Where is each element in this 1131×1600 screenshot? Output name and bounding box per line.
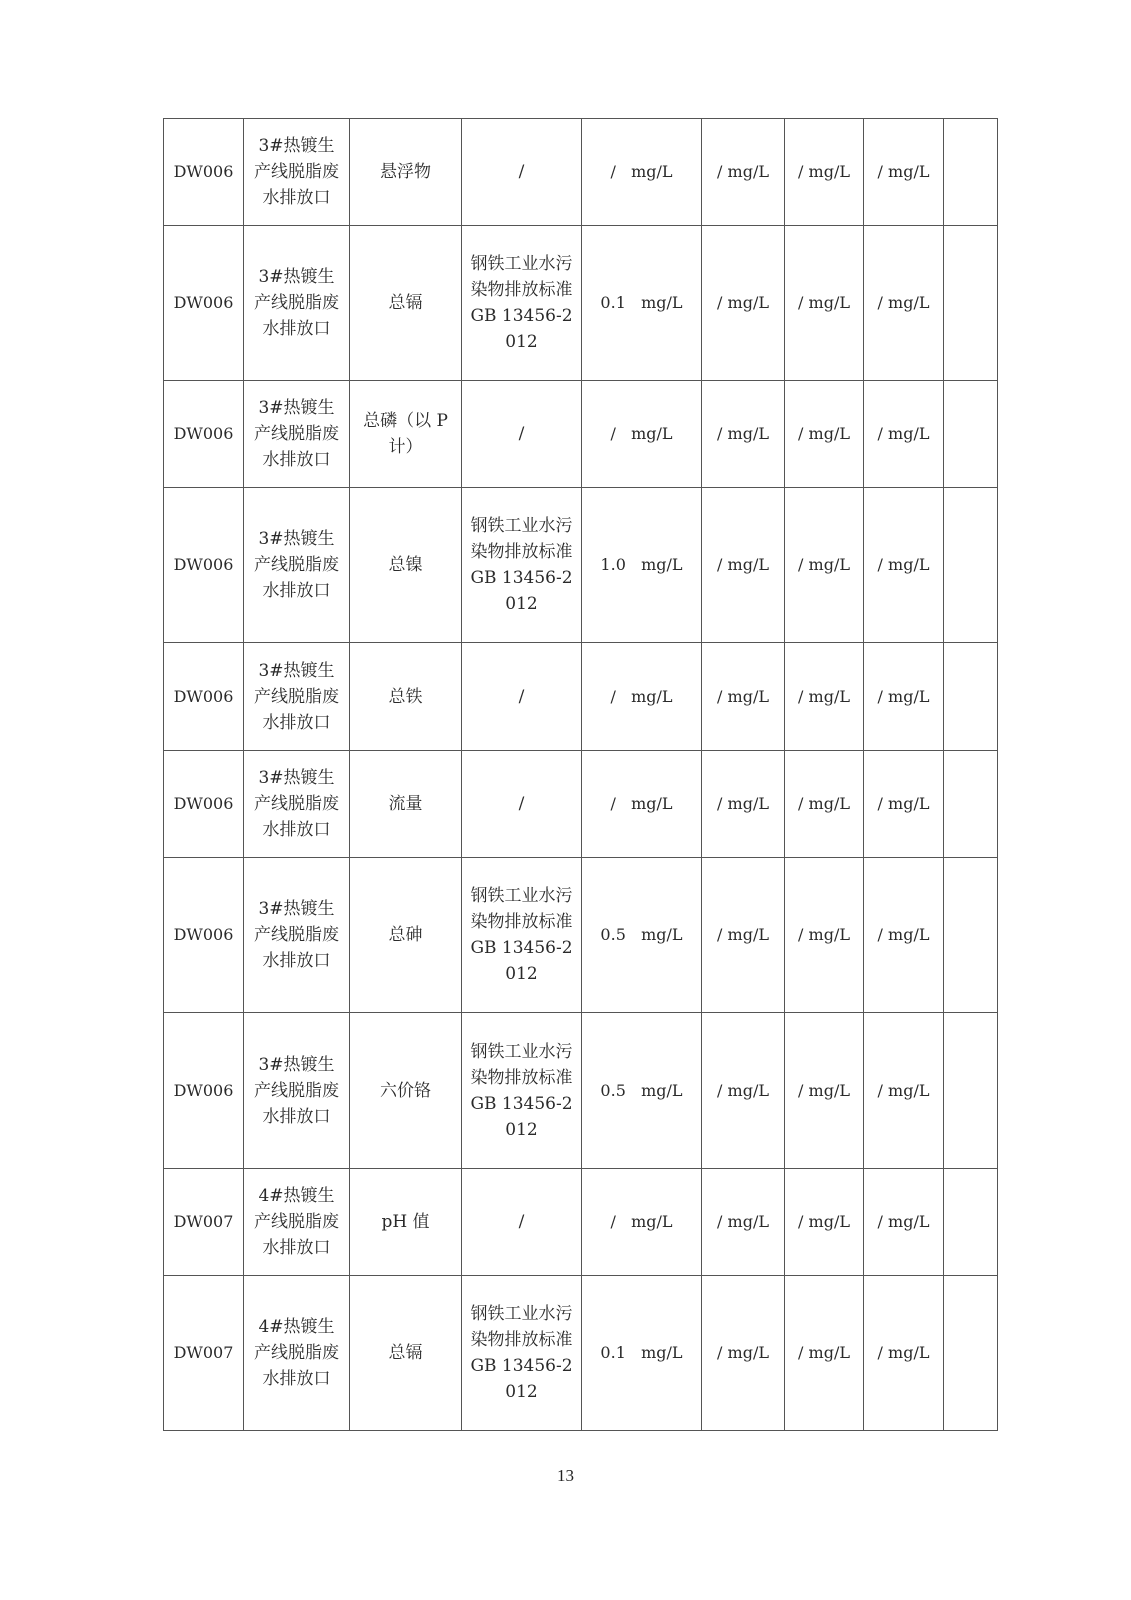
value-cell: / mg/L <box>785 858 864 1013</box>
value-cell: / mg/L <box>864 119 944 226</box>
table-row: DW006 3#热镀生产线脱脂废水排放口 总镉 钢铁工业水污染物排放标准 GB … <box>164 226 998 381</box>
outlet-code-cell: DW006 <box>164 858 244 1013</box>
standard-cell: 钢铁工业水污染物排放标准 GB 13456-2012 <box>462 1013 582 1169</box>
table-row: DW006 3#热镀生产线脱脂废水排放口 六价铬 钢铁工业水污染物排放标准 GB… <box>164 1013 998 1169</box>
pollutant-cell: 六价铬 <box>350 1013 462 1169</box>
remark-cell <box>944 751 998 858</box>
limit-cell: 0.1 mg/L <box>582 1276 702 1431</box>
standard-cell: 钢铁工业水污染物排放标准 GB 13456-2012 <box>462 226 582 381</box>
standard-cell: / <box>462 1169 582 1276</box>
table-row: DW006 3#热镀生产线脱脂废水排放口 总镍 钢铁工业水污染物排放标准 GB … <box>164 488 998 643</box>
value-cell: / mg/L <box>864 1276 944 1431</box>
table-row: DW006 3#热镀生产线脱脂废水排放口 悬浮物 / / mg/L / mg/L… <box>164 119 998 226</box>
outlet-code-cell: DW006 <box>164 226 244 381</box>
standard-cell: / <box>462 381 582 488</box>
limit-cell: / mg/L <box>582 751 702 858</box>
table-row: DW006 3#热镀生产线脱脂废水排放口 流量 / / mg/L / mg/L … <box>164 751 998 858</box>
limit-cell: 1.0 mg/L <box>582 488 702 643</box>
value-cell: / mg/L <box>702 226 785 381</box>
value-cell: / mg/L <box>702 643 785 751</box>
value-cell: / mg/L <box>864 1169 944 1276</box>
pollutant-cell: 总镉 <box>350 226 462 381</box>
outlet-name-cell: 4#热镀生产线脱脂废水排放口 <box>244 1169 350 1276</box>
value-cell: / mg/L <box>864 751 944 858</box>
outlet-code-cell: DW006 <box>164 751 244 858</box>
value-cell: / mg/L <box>702 1276 785 1431</box>
outlet-code-cell: DW006 <box>164 119 244 226</box>
value-cell: / mg/L <box>785 1013 864 1169</box>
table-row: DW007 4#热镀生产线脱脂废水排放口 总镉 钢铁工业水污染物排放标准 GB … <box>164 1276 998 1431</box>
pollutant-cell: 总镍 <box>350 488 462 643</box>
outlet-code-cell: DW007 <box>164 1276 244 1431</box>
standard-cell: 钢铁工业水污染物排放标准 GB 13456-2012 <box>462 488 582 643</box>
limit-cell: / mg/L <box>582 643 702 751</box>
value-cell: / mg/L <box>864 488 944 643</box>
limit-cell: 0.5 mg/L <box>582 858 702 1013</box>
outlet-name-cell: 3#热镀生产线脱脂废水排放口 <box>244 858 350 1013</box>
value-cell: / mg/L <box>702 858 785 1013</box>
standard-cell: / <box>462 643 582 751</box>
value-cell: / mg/L <box>785 488 864 643</box>
standard-cell: 钢铁工业水污染物排放标准 GB 13456-2012 <box>462 858 582 1013</box>
pollutant-cell: pH 值 <box>350 1169 462 1276</box>
value-cell: / mg/L <box>702 488 785 643</box>
standard-cell: / <box>462 751 582 858</box>
outlet-name-cell: 3#热镀生产线脱脂废水排放口 <box>244 643 350 751</box>
value-cell: / mg/L <box>785 1276 864 1431</box>
outlet-name-cell: 3#热镀生产线脱脂废水排放口 <box>244 226 350 381</box>
pollutant-cell: 总磷（以 P 计） <box>350 381 462 488</box>
pollutant-cell: 悬浮物 <box>350 119 462 226</box>
value-cell: / mg/L <box>702 1169 785 1276</box>
value-cell: / mg/L <box>864 226 944 381</box>
remark-cell <box>944 119 998 226</box>
page-number: 13 <box>0 1466 1131 1486</box>
value-cell: / mg/L <box>702 119 785 226</box>
outlet-code-cell: DW006 <box>164 488 244 643</box>
pollutant-cell: 总镉 <box>350 1276 462 1431</box>
outlet-code-cell: DW006 <box>164 1013 244 1169</box>
table-row: DW006 3#热镀生产线脱脂废水排放口 总铁 / / mg/L / mg/L … <box>164 643 998 751</box>
outlet-code-cell: DW006 <box>164 643 244 751</box>
limit-cell: / mg/L <box>582 119 702 226</box>
value-cell: / mg/L <box>785 751 864 858</box>
value-cell: / mg/L <box>702 751 785 858</box>
value-cell: / mg/L <box>785 643 864 751</box>
value-cell: / mg/L <box>785 381 864 488</box>
value-cell: / mg/L <box>702 381 785 488</box>
value-cell: / mg/L <box>785 1169 864 1276</box>
document-page: DW006 3#热镀生产线脱脂废水排放口 悬浮物 / / mg/L / mg/L… <box>0 0 1131 1600</box>
value-cell: / mg/L <box>864 643 944 751</box>
standard-cell: 钢铁工业水污染物排放标准 GB 13456-2012 <box>462 1276 582 1431</box>
pollutant-cell: 流量 <box>350 751 462 858</box>
remark-cell <box>944 488 998 643</box>
limit-cell: 0.5 mg/L <box>582 1013 702 1169</box>
pollutant-cell: 总铁 <box>350 643 462 751</box>
remark-cell <box>944 643 998 751</box>
outlet-name-cell: 3#热镀生产线脱脂废水排放口 <box>244 751 350 858</box>
table-row: DW007 4#热镀生产线脱脂废水排放口 pH 值 / / mg/L / mg/… <box>164 1169 998 1276</box>
outlet-name-cell: 3#热镀生产线脱脂废水排放口 <box>244 381 350 488</box>
value-cell: / mg/L <box>702 1013 785 1169</box>
limit-cell: / mg/L <box>582 381 702 488</box>
value-cell: / mg/L <box>864 858 944 1013</box>
outlet-code-cell: DW007 <box>164 1169 244 1276</box>
pollutant-cell: 总砷 <box>350 858 462 1013</box>
table-row: DW006 3#热镀生产线脱脂废水排放口 总磷（以 P 计） / / mg/L … <box>164 381 998 488</box>
limit-cell: / mg/L <box>582 1169 702 1276</box>
outlet-name-cell: 4#热镀生产线脱脂废水排放口 <box>244 1276 350 1431</box>
outlet-name-cell: 3#热镀生产线脱脂废水排放口 <box>244 1013 350 1169</box>
value-cell: / mg/L <box>864 1013 944 1169</box>
value-cell: / mg/L <box>864 381 944 488</box>
value-cell: / mg/L <box>785 119 864 226</box>
remark-cell <box>944 858 998 1013</box>
standard-cell: / <box>462 119 582 226</box>
remark-cell <box>944 1169 998 1276</box>
outlet-code-cell: DW006 <box>164 381 244 488</box>
remark-cell <box>944 1013 998 1169</box>
outlet-name-cell: 3#热镀生产线脱脂废水排放口 <box>244 488 350 643</box>
remark-cell <box>944 226 998 381</box>
outlet-name-cell: 3#热镀生产线脱脂废水排放口 <box>244 119 350 226</box>
limit-cell: 0.1 mg/L <box>582 226 702 381</box>
remark-cell <box>944 1276 998 1431</box>
remark-cell <box>944 381 998 488</box>
value-cell: / mg/L <box>785 226 864 381</box>
emission-limits-table: DW006 3#热镀生产线脱脂废水排放口 悬浮物 / / mg/L / mg/L… <box>163 118 998 1431</box>
table-row: DW006 3#热镀生产线脱脂废水排放口 总砷 钢铁工业水污染物排放标准 GB … <box>164 858 998 1013</box>
